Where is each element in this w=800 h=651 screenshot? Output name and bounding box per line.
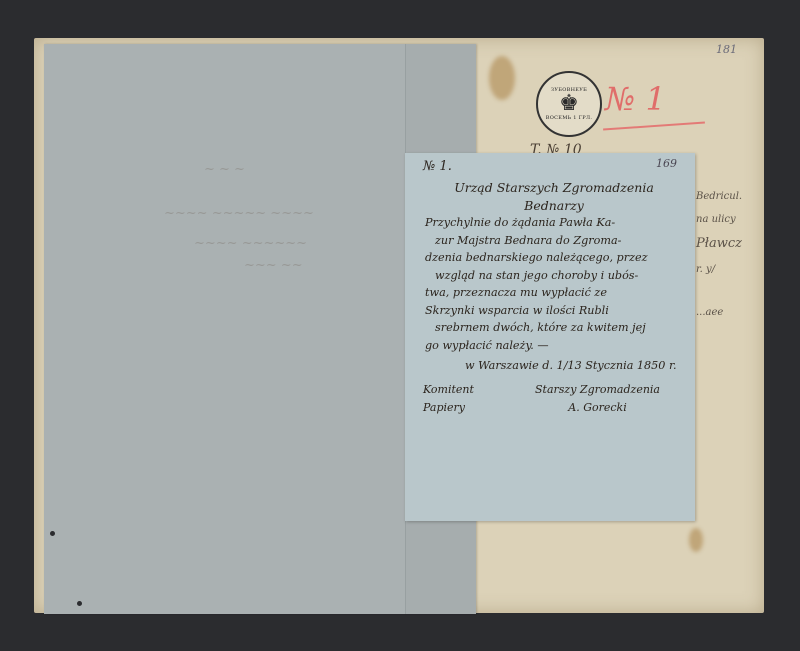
margin-note: r. y/ [696, 263, 762, 276]
margin-note: Bedricul. [696, 190, 762, 203]
blue-letter-sheet: № 1. 169 Urząd Starszych Zgromadzenia Be… [405, 153, 695, 521]
signature-right: Starszy Zgromadzenia A. Gorecki [535, 381, 660, 417]
base-folio-number: 181 [716, 43, 737, 56]
letter-folio-number: 169 [656, 157, 677, 170]
margin-note: ...aee [696, 306, 762, 319]
water-stain [489, 56, 515, 100]
letter-body: Urząd Starszych Zgromadzenia Bednarzy Pr… [425, 179, 683, 354]
margin-note: na ulicy [696, 213, 762, 226]
signature-line: Starszy Zgromadzenia [535, 381, 660, 399]
punch-hole [77, 601, 82, 606]
letter-heading-line: Urząd Starszych Zgromadzenia [425, 179, 683, 197]
margin-note: Pławcz [696, 236, 762, 253]
punch-hole [50, 531, 55, 536]
eagle-icon: ♚ [559, 93, 579, 115]
letter-line: go wypłacić należy. — [425, 337, 683, 355]
signature-line: A. Gorecki [535, 399, 660, 417]
letter-line: twa, przeznacza mu wypłacić ze [425, 284, 683, 302]
letter-line: wzgląd na stan jego choroby i ubós- [425, 267, 683, 285]
margin-notes: Bedricul. na ulicy Pławcz r. y/ ...aee [696, 190, 762, 329]
scan-background: 181 ЗУБОВНЕУБ ♚ ВОСЕМЬ 1 ГРЛ. № 1 T. № 1… [0, 0, 800, 651]
letter-date-line: w Warszawie d. 1/13 Stycznia 1850 r. [465, 359, 677, 372]
letter-line: srebrnem dwóch, które za kwitem jej [425, 319, 683, 337]
signature-left: Komitent Papiery [423, 381, 474, 417]
faded-text: ~~~~ ~~~~~ ~~~~ [164, 206, 314, 221]
letter-number: № 1. [423, 159, 452, 174]
faded-text: ~~~ ~~ [244, 258, 303, 273]
signature-line: Papiery [423, 399, 474, 417]
letter-line: zur Majstra Bednara do Zgroma- [425, 232, 683, 250]
seal-bottom-text: ВОСЕМЬ 1 ГРЛ. [546, 115, 592, 121]
red-pencil-number: № 1 [605, 80, 666, 118]
letter-line: Przychylnie do żądania Pawła Ka- [425, 214, 683, 232]
letter-heading-line: Bednarzy [425, 197, 683, 215]
letter-line: dzenia bednarskiego należącego, przez [425, 249, 683, 267]
letter-line: Skrzynki wsparcia w ilości Rubli [425, 302, 683, 320]
imperial-eagle-seal-icon: ЗУБОВНЕУБ ♚ ВОСЕМЬ 1 ГРЛ. [536, 71, 602, 137]
signature-line: Komitent [423, 381, 474, 399]
faded-text: ~~~~ ~~~~~~ [194, 236, 307, 251]
faded-text: ~ ~ ~ [204, 162, 245, 177]
water-stain [689, 528, 703, 552]
